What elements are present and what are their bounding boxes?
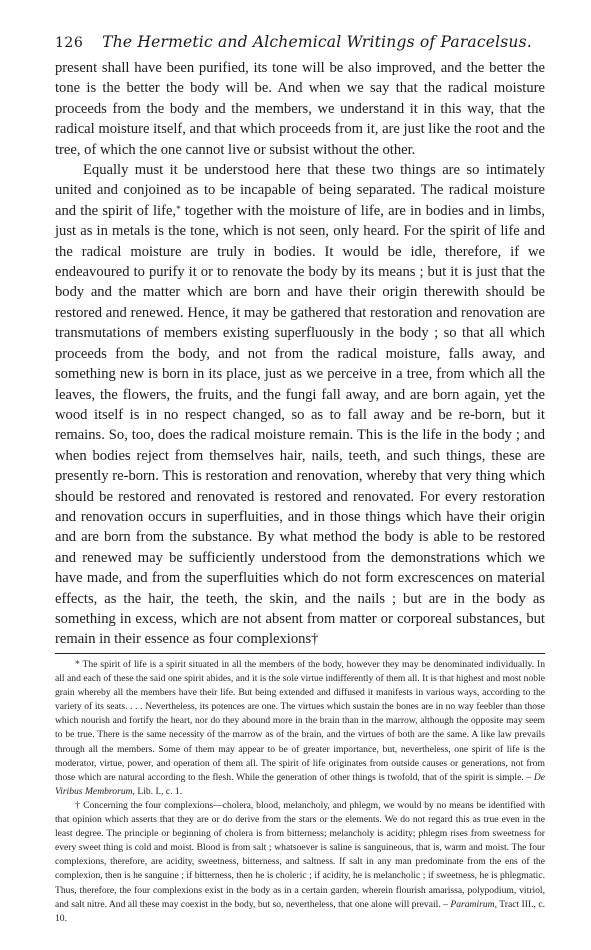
footnote-text: The spirit of life is a spirit situated …	[55, 659, 545, 783]
footnote-source: Paramirum	[450, 899, 494, 910]
footnote-divider	[55, 653, 545, 654]
page-number: 126	[55, 35, 83, 51]
paragraph-text: together with the moisture of life, are …	[55, 203, 545, 648]
running-title: The Hermetic and Alchemical Writings of …	[102, 33, 532, 51]
footnote-ref-dagger[interactable]: †	[311, 631, 318, 647]
paragraph-radical-moisture: Equally must it be understood here that …	[55, 160, 545, 650]
main-text: present shall have been purified, its to…	[55, 58, 545, 650]
footnote-asterisk: * The spirit of life is a spirit situate…	[55, 658, 545, 799]
footnotes: * The spirit of life is a spirit situate…	[55, 658, 545, 926]
footnote-text: Concerning the four complexions—cholera,…	[55, 800, 545, 910]
footnote-dagger: † Concerning the four complexions—choler…	[55, 799, 545, 926]
paragraph-continuation: present shall have been purified, its to…	[55, 58, 545, 160]
running-head: 126 The Hermetic and Alchemical Writings…	[55, 30, 545, 54]
footnote-citation: , Lib. I., c. 1.	[133, 786, 183, 797]
